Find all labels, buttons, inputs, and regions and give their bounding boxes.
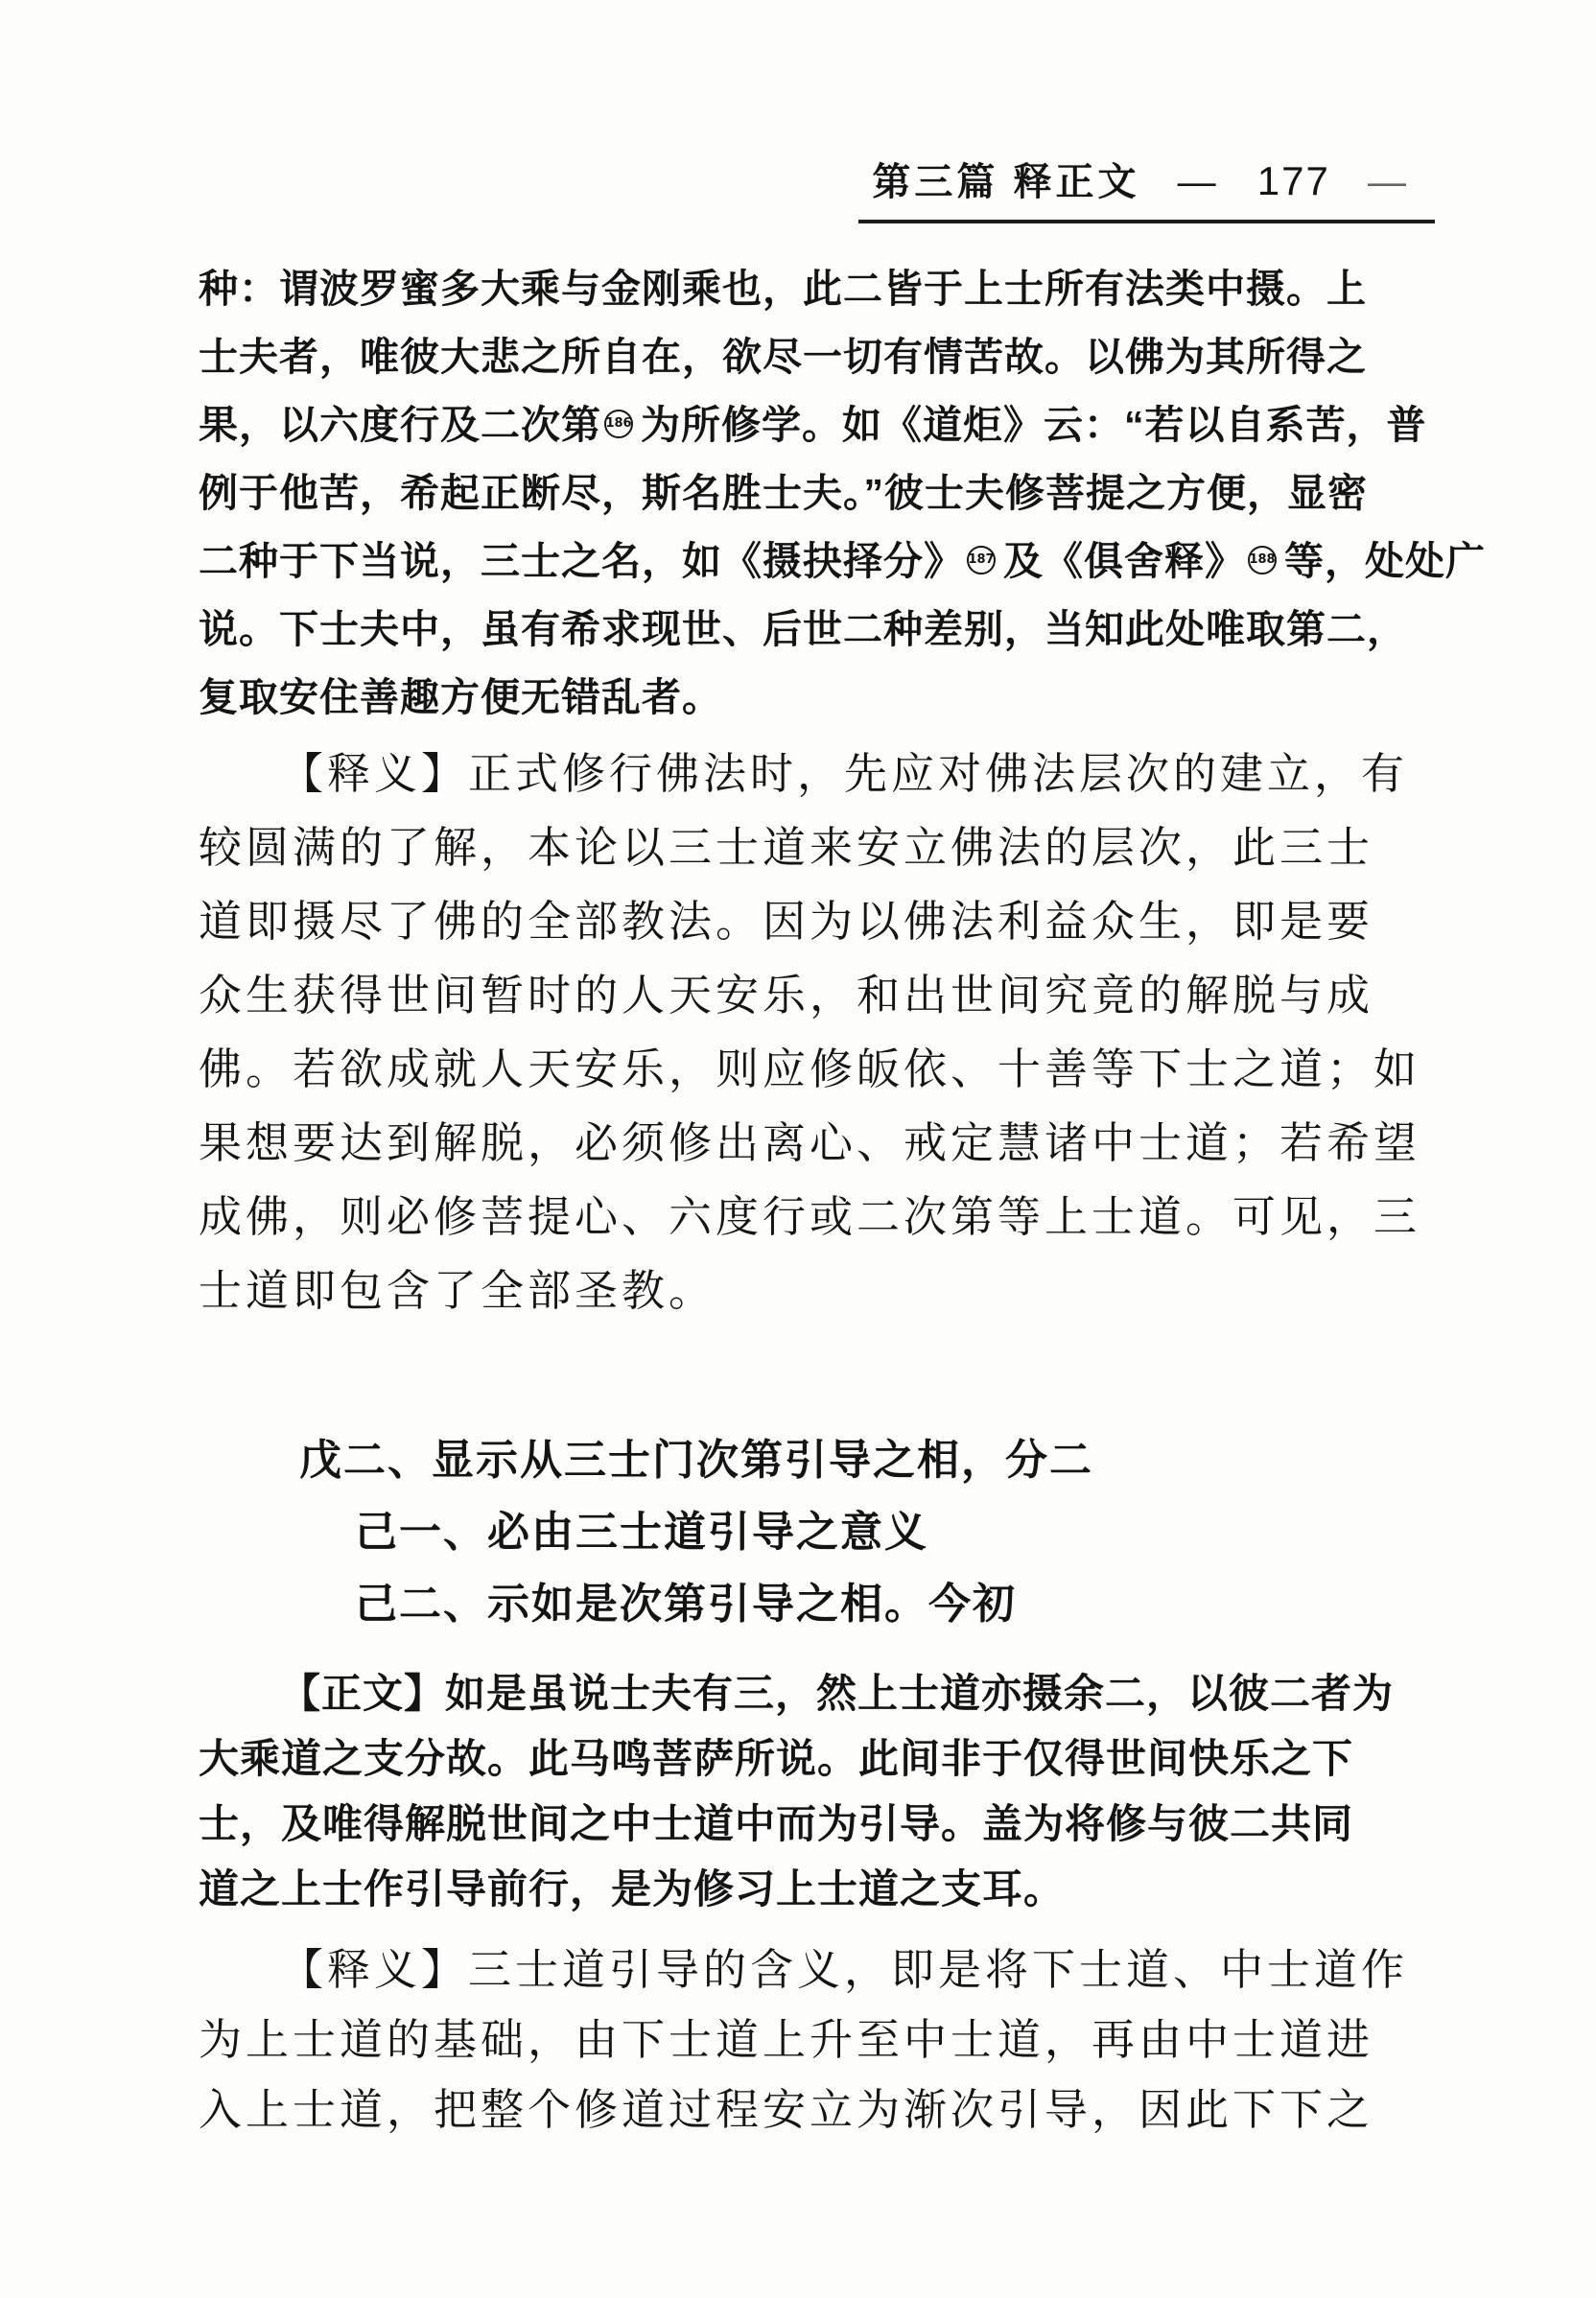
commentary-line: 众生获得世间暂时的人天安乐，和出世间究竟的解脱与成	[199, 959, 1397, 1033]
commentary-line: 道即摄尽了佛的全部教法。因为以佛法利益众生，即是要	[199, 885, 1397, 959]
root-text-line: 复取安住善趣方便无错乱者。	[199, 664, 1397, 732]
book-page: 第三篇 释正文 — 177 — 种：谓波罗蜜多大乘与金刚乘也，此二皆于上士所有法…	[0, 0, 1596, 2298]
commentary-line: 入上士道，把整个修道过程安立为渐次引导，因此下下之	[199, 2075, 1397, 2146]
commentary-paragraph-1: 【释义】正式修行佛法时，先应对佛法层次的建立，有 较圆满的了解，本论以三士道来安…	[199, 738, 1397, 1328]
main-text-line: 【正文】如是虽说士夫有三，然上士道亦摄余二，以彼二者为	[199, 1661, 1397, 1726]
outline-heading-wu2: 戊二、显示从三士门次第引导之相，分二	[299, 1424, 1397, 1496]
commentary-line: 成佛，则必修菩提心、六度行或二次第等上士道。可见，三	[199, 1181, 1397, 1255]
root-text-line-with-note: 果，以六度行及二次第186为所修学。如《道炬》云：“若以自系苦，普	[199, 391, 1397, 459]
main-text-line: 大乘道之支分故。此马鸣菩萨所说。此间非于仅得世间快乐之下	[199, 1726, 1397, 1792]
commentary-line: 士道即包含了全部圣教。	[199, 1255, 1397, 1328]
commentary-line: 为上士道的基础，由下士道上升至中士道，再由中士道进	[199, 2005, 1397, 2075]
root-text-paragraph: 种：谓波罗蜜多大乘与金刚乘也，此二皆于上士所有法类中摄。上 士夫者，唯彼大悲之所…	[199, 255, 1397, 732]
main-text-paragraph: 【正文】如是虽说士夫有三，然上士道亦摄余二，以彼二者为 大乘道之支分故。此马鸣菩…	[199, 1661, 1397, 1922]
root-text-segment: 及《俱舍释》	[1003, 539, 1245, 583]
main-text-line: 士，及唯得解脱世间之中士道中而为引导。盖为将修与彼二共同	[199, 1792, 1397, 1857]
commentary-line: 较圆满的了解，本论以三士道来安立佛法的层次，此三士	[199, 811, 1397, 885]
main-text-line: 道之上士作引导前行，是为修习上士道之支耳。	[199, 1857, 1397, 1922]
text-column: 种：谓波罗蜜多大乘与金刚乘也，此二皆于上士所有法类中摄。上 士夫者，唯彼大悲之所…	[199, 0, 1397, 2146]
commentary-line: 【释义】三士道引导的含义，即是将下士道、中士道作	[199, 1935, 1397, 2005]
commentary-line: 果想要达到解脱，必须修出离心、戒定慧诸中士道；若希望	[199, 1107, 1397, 1181]
root-text-line-with-note: 二种于下当说，三士之名，如《摄抉择分》187及《俱舍释》188等，处处广	[199, 528, 1397, 596]
root-text-segment: 为所修学。如《道炬》云：“若以自系苦，普	[641, 403, 1427, 447]
root-text-segment: 等，处处广	[1284, 539, 1486, 583]
footnote-marker: 186	[604, 410, 633, 438]
outline-heading-ji2: 己二、示如是次第引导之相。今初	[355, 1568, 1397, 1640]
outline-heading-ji1: 己一、必由三士道引导之意义	[355, 1496, 1397, 1568]
commentary-line: 佛。若欲成就人天安乐，则应修皈依、十善等下士之道；如	[199, 1033, 1397, 1107]
root-text-segment: 二种于下当说，三士之名，如《摄抉择分》	[199, 539, 964, 583]
root-text-segment: 果，以六度行及二次第	[199, 403, 601, 447]
footnote-marker: 188	[1248, 546, 1277, 574]
footnote-marker: 187	[967, 546, 996, 574]
outline-headings: 戊二、显示从三士门次第引导之相，分二 己一、必由三士道引导之意义 己二、示如是次…	[199, 1424, 1397, 1640]
root-text-line: 士夫者，唯彼大悲之所自在，欲尽一切有情苦故。以佛为其所得之	[199, 323, 1397, 391]
root-text-line: 例于他苦，希起正断尽，斯名胜士夫。”彼士夫修菩提之方便，显密	[199, 459, 1397, 528]
commentary-paragraph-2: 【释义】三士道引导的含义，即是将下士道、中士道作 为上士道的基础，由下士道上升至…	[199, 1935, 1397, 2146]
root-text-line: 种：谓波罗蜜多大乘与金刚乘也，此二皆于上士所有法类中摄。上	[199, 255, 1397, 323]
root-text-line: 说。下士夫中，虽有希求现世、后世二种差别，当知此处唯取第二，	[199, 596, 1397, 664]
commentary-line: 【释义】正式修行佛法时，先应对佛法层次的建立，有	[199, 738, 1397, 811]
